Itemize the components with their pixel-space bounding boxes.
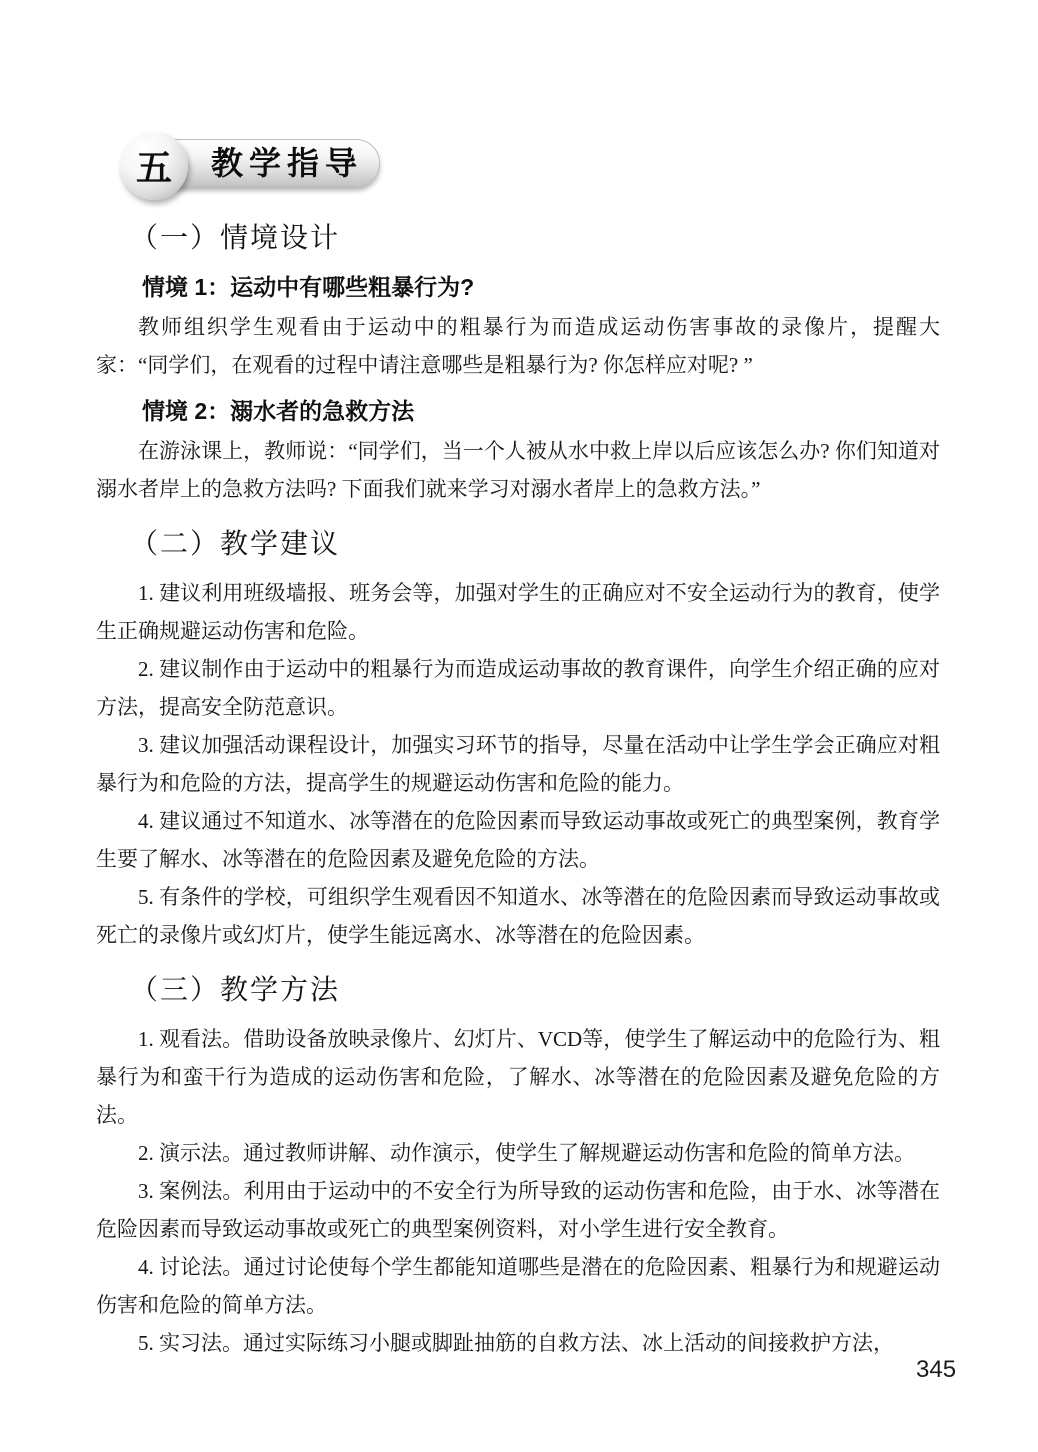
method-item-4: 4. 讨论法。通过讨论使每个学生都能知道哪些是潜在的危险因素、粗暴行为和规避运动… <box>96 1248 940 1324</box>
page: 教学指导 五 （一）情境设计 情境 1：运动中有哪些粗暴行为? 教师组织学生观看… <box>0 0 1038 1452</box>
method-item-3: 3. 案例法。利用由于运动中的不安全行为所导致的运动伤害和危险，由于水、冰等潜在… <box>96 1172 940 1248</box>
section-number-circle: 五 <box>120 132 188 200</box>
method-item-1: 1. 观看法。借助设备放映录像片、幻灯片、VCD等，使学生了解运动中的危险行为、… <box>96 1020 940 1134</box>
subheading-scenario-1: 情境 1：运动中有哪些粗暴行为? <box>142 270 940 304</box>
method-item-5: 5. 实习法。通过实际练习小腿或脚趾抽筋的自救方法、冰上活动的间接救护方法， <box>96 1324 940 1362</box>
subheading-scenario-2: 情境 2：溺水者的急救方法 <box>142 394 940 428</box>
suggestion-item-3: 3. 建议加强活动课程设计，加强实习环节的指导，尽量在活动中让学生学会正确应对粗… <box>96 726 940 802</box>
heading-teaching-suggestions: （二）教学建议 <box>130 524 940 566</box>
suggestion-item-5: 5. 有条件的学校，可组织学生观看因不知道水、冰等潜在的危险因素而导致运动事故或… <box>96 878 940 954</box>
paragraph-scenario-2: 在游泳课上，教师说：“同学们，当一个人被从水中救上岸以后应该怎么办? 你们知道对… <box>96 432 940 508</box>
page-content: 教学指导 五 （一）情境设计 情境 1：运动中有哪些粗暴行为? 教师组织学生观看… <box>96 0 940 1362</box>
paragraph-scenario-1: 教师组织学生观看由于运动中的粗暴行为而造成运动伤害事故的录像片，提醒大家：“同学… <box>96 308 940 384</box>
section-number: 五 <box>136 140 172 191</box>
section-badge: 教学指导 五 <box>120 132 940 202</box>
heading-teaching-methods: （三）教学方法 <box>130 970 940 1012</box>
page-number: 345 <box>916 1356 956 1384</box>
suggestion-item-2: 2. 建议制作由于运动中的粗暴行为而造成运动事故的教育课件，向学生介绍正确的应对… <box>96 650 940 726</box>
method-item-2: 2. 演示法。通过教师讲解、动作演示，使学生了解规避运动伤害和危险的简单方法。 <box>96 1134 940 1172</box>
heading-scenario-design: （一）情境设计 <box>130 218 940 260</box>
suggestion-item-1: 1. 建议利用班级墙报、班务会等，加强对学生的正确应对不安全运动行为的教育，使学… <box>96 574 940 650</box>
suggestion-item-4: 4. 建议通过不知道水、冰等潜在的危险因素而导致运动事故或死亡的典型案例，教育学… <box>96 802 940 878</box>
